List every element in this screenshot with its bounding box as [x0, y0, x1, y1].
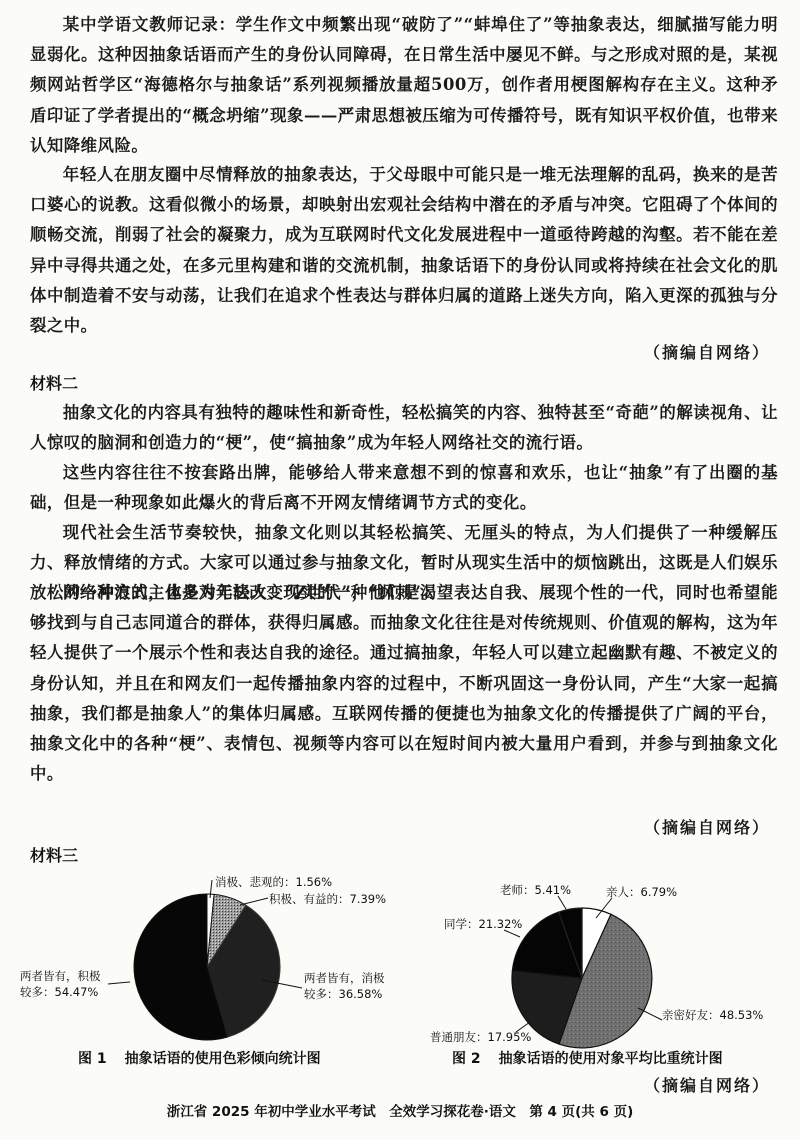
fig1-label-mixed-negative-line1: 两者皆有，消极: [304, 971, 385, 985]
fig2-label-classmates: 同学：21.32%: [444, 917, 522, 931]
material-two-paragraph-1: 抽象文化的内容具有独特的趣味性和新奇性，轻松搞笑的内容、独特甚至“奇葩”的解读视…: [30, 398, 778, 458]
fig1-label-mixed-positive-line2: 较多：54.47%: [20, 985, 98, 999]
page-footer: 浙江省 2025 年初中学业水平考试 全效学习探花卷·语文 第 4 页(共 6 …: [0, 1100, 800, 1120]
fig2-label-teachers: 老师：5.41%: [500, 883, 571, 897]
fig2-label-family: 亲人：6.79%: [606, 885, 677, 899]
figure-1-caption: 图 1抽象话语的使用色彩倾向统计图: [78, 1048, 321, 1068]
material-two-heading: 材料二: [30, 371, 78, 394]
material-one-paragraph-2: 年轻人在朋友圈中尽情释放的抽象表达，于父母眼中可能只是一堆无法理解的乱码，换来的…: [30, 160, 778, 341]
figure-2-number: 图 2: [452, 1051, 481, 1067]
figure-2-pie-svg: 老师：5.41% 亲人：6.79% 同学：21.32% 亲密好友：48.53% …: [400, 860, 800, 1060]
fig1-label-positive: 积极、有益的：7.39%: [269, 892, 386, 906]
figure-1-pie-chart: 消极、悲观的：1.56% 积极、有益的：7.39% 两者皆有，消极 较多：36.…: [0, 860, 400, 1060]
material-two-paragraph-2: 这些内容往往不按套路出牌，能够给人带来意想不到的惊喜和欢乐，也让“抽象”有了出圈…: [30, 458, 778, 518]
material-one-source: （摘编自网络）: [644, 340, 770, 363]
fig2-label-ordinary-friends: 普通朋友：17.95%: [430, 1030, 531, 1044]
material-two-source: （摘编自网络）: [644, 815, 770, 838]
fig2-label-close-friends: 亲密好友：48.53%: [662, 1008, 763, 1022]
figure-1-pie-svg: 消极、悲观的：1.56% 积极、有益的：7.39% 两者皆有，消极 较多：36.…: [0, 860, 400, 1060]
figure-2-pie-chart: 老师：5.41% 亲人：6.79% 同学：21.32% 亲密好友：48.53% …: [400, 860, 800, 1060]
exam-page: 某中学语文教师记录：学生作文中频繁出现“破防了”“蚌埠住了”等抽象表达，细腻描写…: [0, 0, 800, 1140]
figure-2-caption: 图 2抽象话语的使用对象平均比重统计图: [452, 1048, 723, 1068]
material-two-paragraph-4: 网络冲浪的主体多为年轻人、“Z世代”，他们是渴望表达自我、展现个性的一代，同时也…: [30, 578, 778, 789]
material-one-paragraph-1: 某中学语文教师记录：学生作文中频繁出现“破防了”“蚌埠住了”等抽象表达，细腻描写…: [30, 10, 778, 161]
figure-2-caption-text: 抽象话语的使用对象平均比重统计图: [499, 1051, 723, 1067]
fig1-label-negative: 消极、悲观的：1.56%: [215, 875, 332, 889]
figure-1-number: 图 1: [78, 1051, 107, 1067]
fig1-label-mixed-negative-line2: 较多：36.58%: [304, 987, 382, 1001]
fig1-label-mixed-positive-line1: 两者皆有，积极: [20, 969, 101, 983]
figure-1-caption-text: 抽象话语的使用色彩倾向统计图: [125, 1051, 321, 1067]
material-three-source: （摘编自网络）: [644, 1073, 770, 1096]
